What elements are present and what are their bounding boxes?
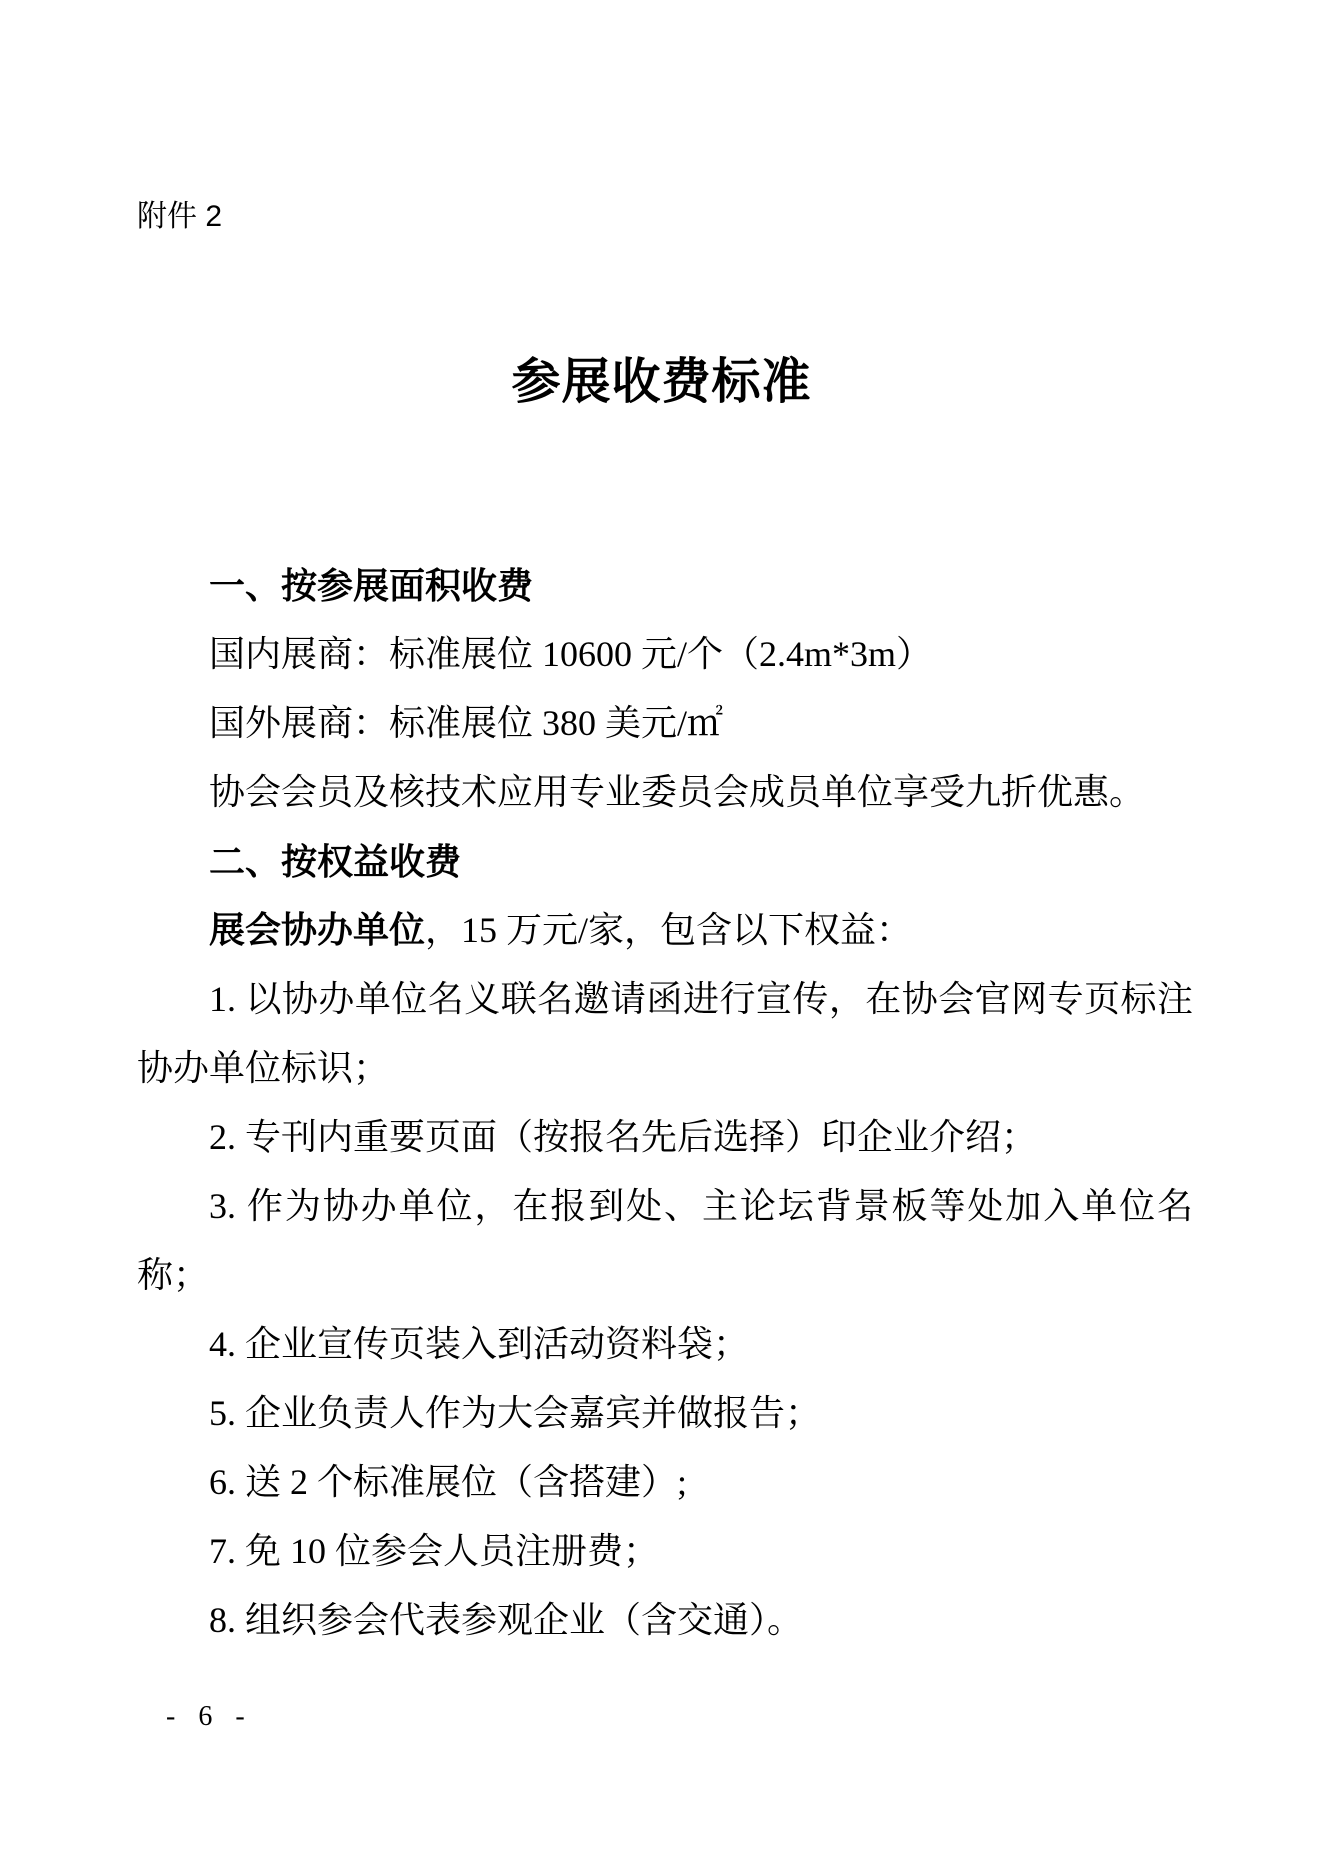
body-paragraph: 5. 企业负责人作为大会嘉宾并做报告；: [137, 1379, 1193, 1448]
body-paragraph: 协会会员及核技术应用专业委员会成员单位享受九折优惠。: [137, 758, 1193, 827]
body-paragraph: 4. 企业宣传页装入到活动资料袋；: [137, 1310, 1193, 1379]
page-number: - 6 -: [166, 1700, 253, 1734]
body-paragraph: 2. 专刊内重要页面（按报名先后选择）印企业介绍；: [137, 1103, 1193, 1172]
body-paragraph: 3. 作为协办单位，在报到处、主论坛背景板等处加入单位名称；: [137, 1172, 1193, 1310]
body-paragraph: 国外展商：标准展位 380 美元/㎡: [137, 689, 1193, 758]
body-paragraph: 展会协办单位，15 万元/家，包含以下权益：: [137, 896, 1193, 965]
section-heading: 一、按参展面积收费: [137, 551, 1193, 620]
document-body: 一、按参展面积收费国内展商：标准展位 10600 元/个（2.4m*3m）国外展…: [137, 551, 1193, 1655]
body-paragraph: 1. 以协办单位名义联名邀请函进行宣传，在协会官网专页标注协办单位标识；: [137, 965, 1193, 1103]
body-paragraph: 6. 送 2 个标准展位（含搭建）;: [137, 1448, 1193, 1517]
document-page: 附件 2 参展收费标准 一、按参展面积收费国内展商：标准展位 10600 元/个…: [0, 0, 1323, 1871]
body-paragraph: 8. 组织参会代表参观企业（含交通）。: [137, 1586, 1193, 1655]
attachment-label: 附件 2: [137, 198, 222, 236]
body-paragraph: 7. 免 10 位参会人员注册费；: [137, 1517, 1193, 1586]
section-heading: 二、按权益收费: [137, 827, 1193, 896]
document-title: 参展收费标准: [0, 351, 1323, 413]
paragraph-text: ，15 万元/家，包含以下权益：: [425, 910, 912, 950]
body-paragraph: 国内展商：标准展位 10600 元/个（2.4m*3m）: [137, 620, 1193, 689]
paragraph-bold-lead: 展会协办单位: [209, 910, 425, 950]
